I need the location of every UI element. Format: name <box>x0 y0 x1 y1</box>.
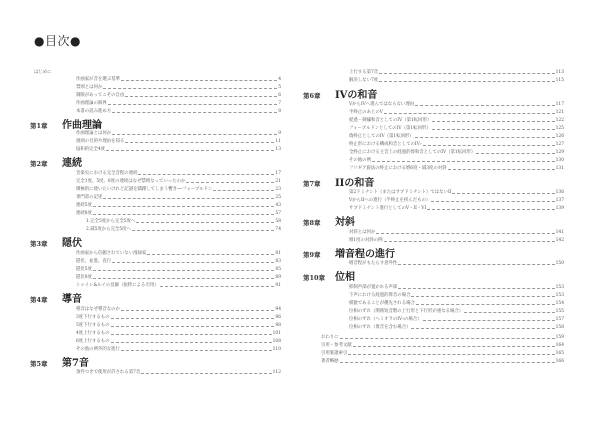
dot-leader <box>379 73 554 74</box>
entry-title: 2.減5度から完全5度へ <box>86 227 131 232</box>
dot-leader <box>136 222 274 223</box>
chapter-number: 第5章 <box>30 359 62 368</box>
toc-entry[interactable]: 全終止における主音上の経過的倚和音としてのIV（第1転回形）129 <box>349 147 564 155</box>
entry-title: 協和的完全4度 <box>76 147 105 152</box>
dot-leader <box>93 214 274 215</box>
chapter-number: 第4章 <box>30 295 62 304</box>
page-number: 166 <box>556 359 564 364</box>
dot-leader <box>121 350 272 351</box>
entry-title: フリギア旋法の終止における増6度・減3度の対斜 <box>349 166 447 171</box>
page-number: 8 <box>278 109 281 114</box>
toc-chapter-heading[interactable]: 第4章導音 <box>30 290 82 305</box>
toc-entry[interactable]: 位相のずれ（関係短音階の上行形と下行形が重なる場合）155 <box>349 306 564 314</box>
dot-leader <box>213 190 274 191</box>
dot-leader <box>423 145 555 146</box>
toc-front-back-matter[interactable]: 引用・参考文献164 <box>321 340 564 348</box>
entry-title: トゥイレ&ルイの見解（抜粋による引用） <box>76 283 159 288</box>
toc-entry[interactable]: 本書の読み進め方8 <box>76 106 281 114</box>
entry-title: サブドミナント進行としてのV・II・VI <box>349 206 426 211</box>
page-number: 158 <box>556 325 564 330</box>
dot-leader <box>353 346 555 347</box>
dot-leader <box>416 304 555 305</box>
toc-entry[interactable]: 作曲理論とは何か9 <box>76 128 281 136</box>
dot-leader <box>432 121 554 122</box>
toc-entry[interactable]: 偽終止としてのIV（第1転回形）126 <box>349 131 564 139</box>
dot-leader <box>411 296 554 297</box>
entry-title: 著者略歴 <box>321 359 339 364</box>
toc-entry[interactable]: 増音程がもたらす意外性150 <box>349 258 564 266</box>
dot-leader <box>160 286 275 287</box>
toc-title: ●目次● <box>34 32 81 49</box>
toc-entry[interactable]: 2.減5度から完全5度へ74 <box>86 224 281 232</box>
entry-title: 解決しない7度 <box>349 78 378 83</box>
chapter-number: 第1章 <box>30 121 62 130</box>
toc-entry[interactable]: 連続8度57 <box>76 208 281 216</box>
toc-front-back-matter[interactable]: おわりに159 <box>321 332 564 340</box>
toc-entry[interactable]: 3度下行するもの96 <box>76 312 281 320</box>
chapter-number: 第7章 <box>303 179 335 188</box>
toc-entry[interactable]: その他の例外的な進行110 <box>76 344 281 352</box>
page-number: 150 <box>556 261 564 266</box>
page-number: 13 <box>275 147 281 152</box>
toc-entry[interactable]: 1.完全5度から完全5度へ58 <box>86 216 281 224</box>
dot-leader <box>376 233 554 234</box>
toc-entry[interactable]: 制限があってこその自由6 <box>76 90 281 98</box>
dot-leader <box>348 354 554 355</box>
dot-leader <box>427 209 554 210</box>
dot-leader <box>384 241 555 242</box>
chapter-title: 位相 <box>335 268 355 283</box>
entry-title: 位相のずれ（倚音を含む場合） <box>349 325 410 330</box>
dot-leader <box>147 254 274 255</box>
toc-entry[interactable]: 連続5度43 <box>76 200 281 208</box>
entry-title: その他の例外的な進行 <box>76 347 120 352</box>
page-number: 131 <box>556 166 564 171</box>
dot-leader <box>423 320 555 321</box>
toc-entry[interactable]: 経過・刺繍和音としてのIV（第1転回形）122 <box>349 115 564 123</box>
dot-leader <box>112 134 277 135</box>
toc-entry[interactable]: 規則の目的や理由を知る11 <box>76 136 281 144</box>
dot-leader <box>476 153 554 154</box>
toc-entry[interactable]: 下声における経過的倚音の場合153 <box>349 290 564 298</box>
dot-leader <box>186 182 274 183</box>
toc-entry[interactable]: サブドミナント進行としてのV・II・VI139 <box>349 203 564 211</box>
toc-entry[interactable]: 積極的に使いたいけれど記譜を躊躇してしまう響き──フォーブルドン23 <box>76 184 281 192</box>
dot-leader <box>93 206 274 207</box>
chapter-title: 導音 <box>62 290 82 305</box>
toc-chapter-heading[interactable]: 第2章連続 <box>30 154 82 169</box>
toc-entry[interactable]: 条件つきで使用が許される第7音112 <box>76 367 281 375</box>
dot-leader <box>141 373 271 374</box>
toc-entry[interactable]: フリギア旋法の終止における増6度・減3度の対斜131 <box>349 163 564 171</box>
entry-title: 増1度の対斜の例 <box>349 238 383 243</box>
chapter-number: 第9章 <box>303 250 335 259</box>
toc-entry[interactable]: 隠伏5度85 <box>76 264 281 272</box>
entry-title: 本書の読み進め方 <box>76 109 111 114</box>
chapter-number: 第10章 <box>303 273 335 282</box>
page-number: 115 <box>556 78 564 83</box>
toc-entry[interactable]: その他の例130 <box>349 155 564 163</box>
toc-entry[interactable]: 上行する第7音113 <box>349 67 564 75</box>
toc-entry[interactable]: 作曲家が音を選ぶ基準4 <box>76 74 281 82</box>
toc-entry[interactable]: 対斜とは何か141 <box>349 227 564 235</box>
dot-leader <box>340 338 555 339</box>
dot-leader <box>398 264 554 265</box>
toc-entry[interactable]: 音楽史における完全音程の連続17 <box>76 168 281 176</box>
chapter-title: 対斜 <box>335 213 355 228</box>
toc-chapter-heading[interactable]: 第8章対斜 <box>303 213 355 228</box>
dot-leader <box>103 198 274 199</box>
dot-leader <box>452 193 554 194</box>
toc-entry[interactable]: 抑制声部が置かれる声部153 <box>349 282 564 290</box>
page-number: 110 <box>273 347 281 352</box>
dot-leader <box>448 169 555 170</box>
dot-leader <box>384 113 555 114</box>
toc-entry[interactable]: トゥイレ&ルイの見解（抜粋による引用）91 <box>76 280 281 288</box>
dot-leader <box>111 318 275 319</box>
dot-leader <box>431 201 554 202</box>
entry-title: はじめに <box>34 70 52 75</box>
dot-leader <box>415 137 555 138</box>
toc-entry[interactable]: 6度上行するもの108 <box>76 336 281 344</box>
toc-entry[interactable]: 解決しない7度115 <box>349 75 564 83</box>
dot-leader <box>398 288 554 289</box>
dot-leader <box>112 262 274 263</box>
toc-chapter-heading[interactable]: 第10章位相 <box>303 268 355 283</box>
dot-leader <box>111 342 272 343</box>
dot-leader <box>93 278 274 279</box>
dot-leader <box>121 80 277 81</box>
dot-leader <box>111 326 275 327</box>
toc-entry[interactable]: 導音はなぜ導音なのか94 <box>76 304 281 312</box>
toc-entry[interactable]: 半終止のあとのV121 <box>349 107 564 115</box>
chapter-number: 第8章 <box>303 218 335 227</box>
toc-entry[interactable]: 隠伏、並進、直行83 <box>76 256 281 264</box>
chapter-number: 第6章 <box>303 91 335 100</box>
dot-leader <box>93 270 274 271</box>
toc-entry[interactable]: 作曲家から信頼されていない漫録家81 <box>76 248 281 256</box>
toc-entry[interactable]: 作曲理論の限界7 <box>76 98 281 106</box>
toc-entry[interactable]: 位相のずれ（ヘミオラのIV₇の場合）157 <box>349 314 564 322</box>
dot-leader <box>132 230 275 231</box>
toc-entry[interactable]: フォーブルドンとしてのIV（第1転回形）125 <box>349 123 564 131</box>
dot-leader <box>432 129 555 130</box>
toc-entry[interactable]: 完全1度、5度、8度の連続はなぜ禁則なっていったのか21 <box>76 176 281 184</box>
dot-leader <box>379 81 554 82</box>
dot-leader <box>121 310 274 311</box>
dot-leader <box>411 328 554 329</box>
toc-entry[interactable]: 協和的完全4度13 <box>76 144 281 152</box>
page-number: 112 <box>273 370 281 375</box>
entry-title: 条件つきで使用が許される第7音 <box>76 370 140 375</box>
toc-entry[interactable]: 専門書の記述25 <box>76 192 281 200</box>
dot-leader <box>111 334 272 335</box>
toc-entry[interactable]: 増1度の対斜の例142 <box>349 235 564 243</box>
page-number: 142 <box>556 238 564 243</box>
chapter-number: 第3章 <box>30 239 62 248</box>
toc-entry[interactable]: VからIVへ進んではならない理由117 <box>349 99 564 107</box>
dot-leader <box>138 174 274 175</box>
dot-leader <box>108 104 277 105</box>
toc-entry[interactable]: 終止形における構成和音としてのIV₇127 <box>349 139 564 147</box>
dot-leader <box>340 362 555 363</box>
dot-leader <box>464 312 554 313</box>
dot-leader <box>112 112 277 113</box>
dot-leader <box>106 150 274 151</box>
chapter-title: 隠伏 <box>62 234 82 249</box>
dot-leader <box>125 142 274 143</box>
toc-entry[interactable]: 位相のずれ（倚音を含む場合）158 <box>349 322 564 330</box>
page-number: 139 <box>556 206 564 211</box>
entry-title: 増音程がもたらす意外性 <box>349 261 397 266</box>
dot-leader <box>372 161 555 162</box>
chapter-title: 連続 <box>62 154 82 169</box>
page-number: 91 <box>275 283 281 288</box>
toc-entry[interactable]: 4度上行するもの101 <box>76 328 281 336</box>
page-number: 74 <box>275 227 281 232</box>
dot-leader <box>415 105 554 106</box>
toc-front-back-matter[interactable]: 引用楽譜索引165 <box>321 348 564 356</box>
dot-leader <box>103 88 277 89</box>
toc-entry[interactable]: VからIIへの進行（半終止を挟んだもの）137 <box>349 195 564 203</box>
dot-leader <box>125 96 277 97</box>
toc-front-back-matter[interactable]: 著者略歴166 <box>321 356 564 364</box>
chapter-number: 第2章 <box>30 159 62 168</box>
toc-chapter-heading[interactable]: 第3章隠伏 <box>30 234 82 249</box>
toc-entry[interactable]: 5度下行するもの98 <box>76 320 281 328</box>
toc-entry[interactable]: 禁則とは何か5 <box>76 82 281 90</box>
toc-entry[interactable]: 隠伏8度89 <box>76 272 281 280</box>
toc-entry[interactable]: 第2ドミナント（またはサブドミナント）ではないII136 <box>349 187 564 195</box>
toc-entry[interactable]: 模倣であることが優先される場合154 <box>349 298 564 306</box>
